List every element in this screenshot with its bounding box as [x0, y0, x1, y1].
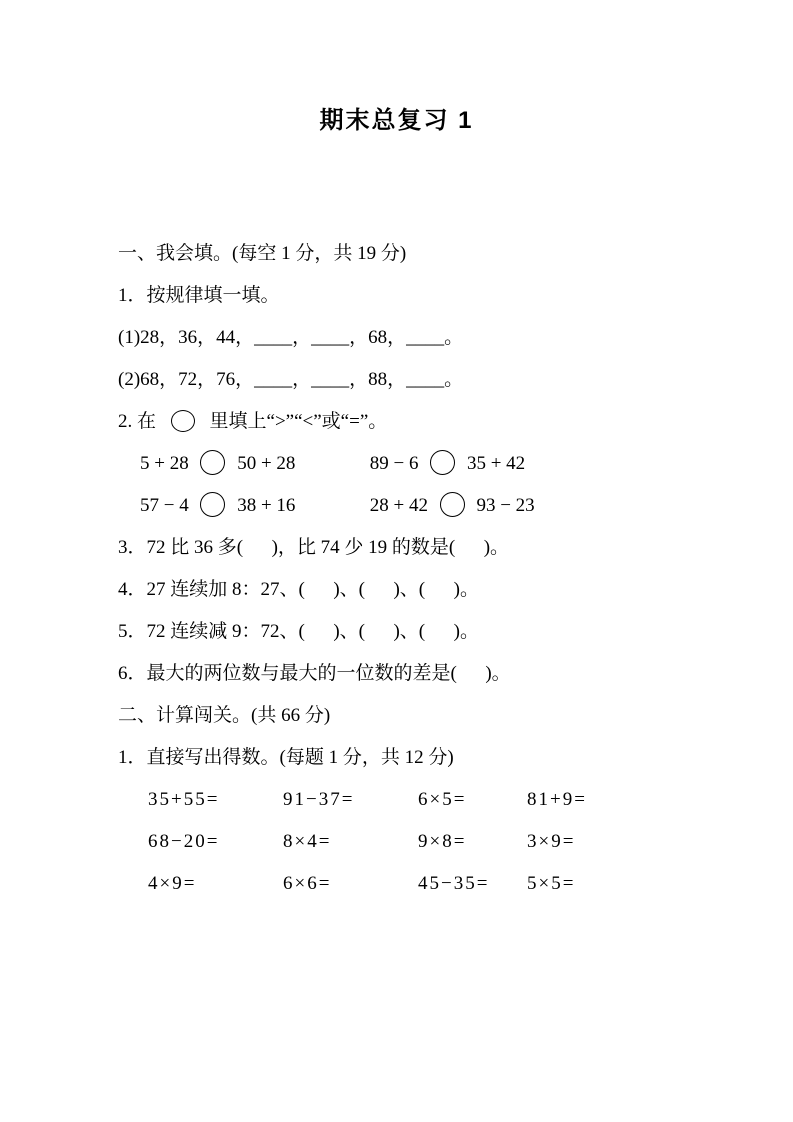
- item2-prefix: 2. 在: [118, 411, 156, 432]
- calc-problem: 35+55=: [148, 779, 283, 821]
- comparison-circle-icon: [430, 450, 455, 475]
- calc-problem: 68−20=: [148, 821, 283, 863]
- comparison-problem: 28 + 42 93 − 23: [370, 485, 535, 527]
- comparison-circle-icon: [440, 492, 465, 517]
- comparison-right: 38 + 16: [237, 495, 295, 516]
- comparison-left: 28 + 42: [370, 495, 428, 516]
- comparison-row-1: 5 + 28 50 + 28 89 − 6 35 + 42: [118, 443, 743, 485]
- section1-item2-label: 2. 在 里填上“>”“<”或“=”。: [118, 401, 743, 443]
- comparison-left: 5 + 28: [140, 453, 189, 474]
- section2-heading: 二、计算闯关。(共 66 分): [118, 695, 743, 737]
- comparison-right: 93 − 23: [476, 495, 534, 516]
- page-title: 期末总复习 1: [0, 0, 793, 135]
- fill-circle-icon: [171, 410, 195, 432]
- comparison-problem: 57 − 4 38 + 16: [140, 485, 365, 527]
- section1-item5: 5．72 连续减 9：72、( )、( )、( )。: [118, 611, 743, 653]
- comparison-right: 35 + 42: [467, 453, 525, 474]
- calc-problem: 45−35=: [418, 863, 527, 905]
- comparison-circle-icon: [200, 492, 225, 517]
- worksheet-body: 一、我会填。(每空 1 分，共 19 分) 1．按规律填一填。 (1)28，36…: [0, 233, 793, 905]
- worksheet-page: 期末总复习 1 一、我会填。(每空 1 分，共 19 分) 1．按规律填一填。 …: [0, 0, 793, 1122]
- comparison-row-2: 57 − 4 38 + 16 28 + 42 93 − 23: [118, 485, 743, 527]
- number-sequence-1: (1)28，36，44，____，____，68，____。: [118, 317, 743, 359]
- calc-problem: 3×9=: [527, 821, 743, 863]
- section1-heading: 一、我会填。(每空 1 分，共 19 分): [118, 233, 743, 275]
- section1-item3: 3．72 比 36 多( )，比 74 少 19 的数是( )。: [118, 527, 743, 569]
- calc-problem: 91−37=: [283, 779, 418, 821]
- section1-item6: 6．最大的两位数与最大的一位数的差是( )。: [118, 653, 743, 695]
- comparison-left: 57 − 4: [140, 495, 189, 516]
- section1-item4: 4．27 连续加 8：27、( )、( )、( )。: [118, 569, 743, 611]
- comparison-problem: 89 − 6 35 + 42: [370, 443, 525, 485]
- comparison-right: 50 + 28: [237, 453, 295, 474]
- comparison-circle-icon: [200, 450, 225, 475]
- section1-item1-label: 1．按规律填一填。: [118, 275, 743, 317]
- calc-problem: 9×8=: [418, 821, 527, 863]
- calculation-grid: 35+55= 91−37= 6×5= 81+9= 68−20= 8×4= 9×8…: [148, 779, 743, 905]
- section2-item1-label: 1．直接写出得数。(每题 1 分，共 12 分): [118, 737, 743, 779]
- item2-suffix: 里填上“>”“<”或“=”。: [210, 411, 388, 432]
- calc-problem: 5×5=: [527, 863, 743, 905]
- number-sequence-2: (2)68，72，76，____，____，88，____。: [118, 359, 743, 401]
- comparison-left: 89 − 6: [370, 453, 419, 474]
- calc-problem: 6×5=: [418, 779, 527, 821]
- comparison-problem: 5 + 28 50 + 28: [140, 443, 365, 485]
- calc-problem: 81+9=: [527, 779, 743, 821]
- calc-problem: 6×6=: [283, 863, 418, 905]
- calc-problem: 8×4=: [283, 821, 418, 863]
- calc-problem: 4×9=: [148, 863, 283, 905]
